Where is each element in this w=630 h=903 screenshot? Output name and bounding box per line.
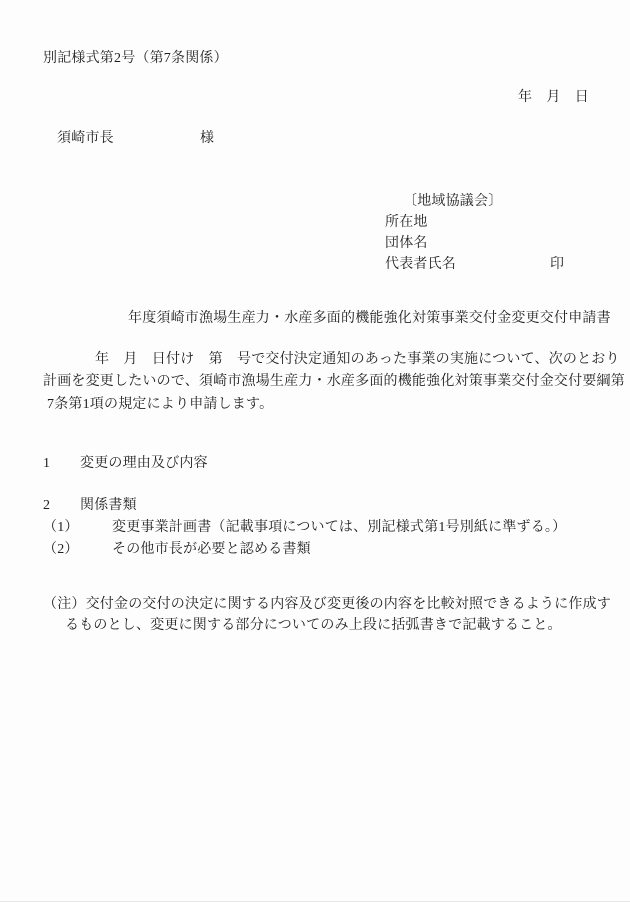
date-line: 年 月 日 [518,90,589,106]
applicant-representative-label: 代表者氏名 [385,257,550,273]
section-item1: 1変更の理由及び内容 [43,456,208,472]
note-line2: るものとし、変更に関する部分についてのみ上段に括弧書きで記載すること。 [65,618,562,634]
addressee-line: 須崎市長様 [57,131,214,147]
body-paragraph-line2: 計画を変更したいので、須崎市漁場生産力・水産多面的機能強化対策事業交付金交付要綱… [43,374,625,390]
seal-label: 印 [550,257,564,272]
section-item2-text: 関係書類 [80,498,137,513]
body-paragraph-line1: 年 月 日付け 第 号で交付決定通知のあった事業の実施について、次のとおり [95,352,620,368]
addressee-honorific: 様 [200,131,214,146]
section-subitem2: （2）その他市長が必要と認める書類 [43,542,311,558]
application-form-page: 別記様式第2号（第7条関係） 年 月 日 須崎市長様 〔地域協議会〕 所在地 団… [0,0,630,903]
section-subitem1-text: 変更事業計画書（記載事項については、別記様式第1号別紙に準ずる。） [112,520,566,535]
section-item2-number: 2 [43,498,80,514]
page-bottom-edge [0,901,630,902]
section-subitem1: （1）変更事業計画書（記載事項については、別記様式第1号別紙に準ずる。） [43,520,566,536]
applicant-representative-line: 代表者氏名印 [385,257,564,273]
applicant-group-label: 〔地域協議会〕 [403,194,502,210]
section-item1-text: 変更の理由及び内容 [80,456,208,471]
section-subitem2-number: （2） [43,542,112,558]
section-item2: 2関係書類 [43,498,137,514]
note-line1-text: 交付金の交付の決定に関する内容及び変更後の内容を比較対照できるように作成す [86,597,611,612]
body-paragraph-line3: 7条第1項の規定により申請します。 [47,397,273,413]
form-number-label: 別記様式第2号（第7条関係） [43,51,228,67]
note-line1: （注）交付金の交付の決定に関する内容及び変更後の内容を比較対照できるように作成す [43,597,611,613]
applicant-address-label: 所在地 [385,215,428,231]
note-marker: （注） [43,597,86,612]
applicant-organization-label: 団体名 [385,236,428,252]
document-title: 年度須崎市漁場生産力・水産多面的機能強化対策事業交付金変更交付申請書 [128,311,611,327]
section-subitem1-number: （1） [43,520,112,536]
section-subitem2-text: その他市長が必要と認める書類 [112,542,311,557]
addressee-title: 須崎市長 [57,131,200,147]
section-item1-number: 1 [43,456,80,472]
